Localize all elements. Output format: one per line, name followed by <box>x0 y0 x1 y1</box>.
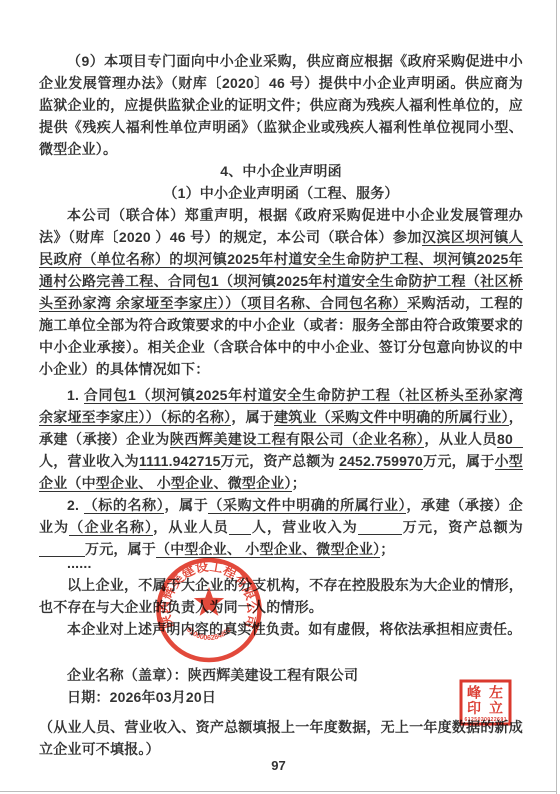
note-paragraph: （从业人员、营业收入、资产总额填报上一年度数据，无上一年度数据的新成立企业可不填… <box>39 716 523 760</box>
item1-staff-count: 80 <box>497 431 523 448</box>
item2-contractor-placeholder: （企业名称） <box>69 519 153 536</box>
item2-assets-unit: 万元，属于 <box>85 541 156 557</box>
item1-belongs-label: ，属于 <box>231 409 274 425</box>
item1-index: 1. <box>67 387 84 403</box>
item2-belongs-label: ，属于 <box>164 497 208 513</box>
subsection-heading: （1）中小企业声明函（工程、服务） <box>39 182 523 204</box>
item2-enterprise-size-placeholder: （中型企业、 小型企业、微型企业） <box>156 541 380 558</box>
item2-index: 2. <box>67 497 84 513</box>
item2-staff-label: ，从业人员 <box>153 519 229 535</box>
no-branch-paragraph: 以上企业，不属于大企业的分支机构，不存在控股股东为大企业的情形，也不存在与大企业… <box>39 574 523 618</box>
item-1-paragraph: 1. 合同包1（坝河镇2025年村道安全生命防护工程（社区桥头至孙家湾 余家垭至… <box>39 384 523 494</box>
item1-contractor: 陕西辉美建设工程有限公司（企业名称） <box>170 431 425 448</box>
document-body: （9）本项目专门面向中小企业采购，供应商应根据《政府采购促进中小企业发展管理办法… <box>39 50 523 760</box>
item-2-paragraph: 2. （标的名称），属于（采购文件中明确的所属行业），承建（承接）企业为（企业名… <box>39 494 523 560</box>
item1-assets: 2452.759970 <box>339 453 423 470</box>
item2-revenue-unit: 万元，资产总额为 <box>402 519 523 535</box>
item1-assets-unit: 万元，属于 <box>423 453 494 469</box>
page-edge-bottom <box>0 791 557 792</box>
declaration-paragraph: 本公司（联合体）郑重声明，根据《政府采购促进中小企业发展管理办法》（财库〔202… <box>39 204 523 380</box>
item1-end: ； <box>292 475 306 491</box>
responsibility-paragraph: 本企业对上述声明内容的真实性负责。如有虚假，将依法承担相应责任。 <box>39 618 523 640</box>
clause-9-paragraph: （9）本项目专门面向中小企业采购，供应商应根据《政府采购促进中小企业发展管理办法… <box>39 50 523 160</box>
section-heading: 4、中小企业声明函 <box>39 160 523 182</box>
item1-revenue-unit: 万元，资产总额为 <box>221 453 339 469</box>
page-number: 97 <box>0 758 557 773</box>
item2-industry-placeholder: （采购文件中明确的所属行业） <box>208 497 406 514</box>
page-edge-right <box>556 0 557 794</box>
item2-staff-unit: 人，营业收入为 <box>251 519 358 535</box>
item2-staff-blank <box>229 520 251 535</box>
item1-staff-label: ，从业人员 <box>424 431 497 447</box>
item1-staff-unit: 人，营业收入为 <box>39 453 139 469</box>
company-name-line: 企业名称（盖章）：陕西辉美建设工程有限公司 <box>39 664 523 686</box>
item2-revenue-blank <box>358 520 402 535</box>
date-line: 日期：2026年03月20日 <box>39 686 523 708</box>
item1-revenue: 1111.942715 <box>139 453 221 470</box>
item2-subject-placeholder: （标的名称） <box>84 497 165 514</box>
item1-industry: 建筑业（采购文件中明确的所属行业） <box>274 409 509 426</box>
item2-end: ； <box>380 541 394 557</box>
document-sheet: （9）本项目专门面向中小企业采购，供应商应根据《政府采购促进中小企业发展管理办法… <box>0 0 560 794</box>
